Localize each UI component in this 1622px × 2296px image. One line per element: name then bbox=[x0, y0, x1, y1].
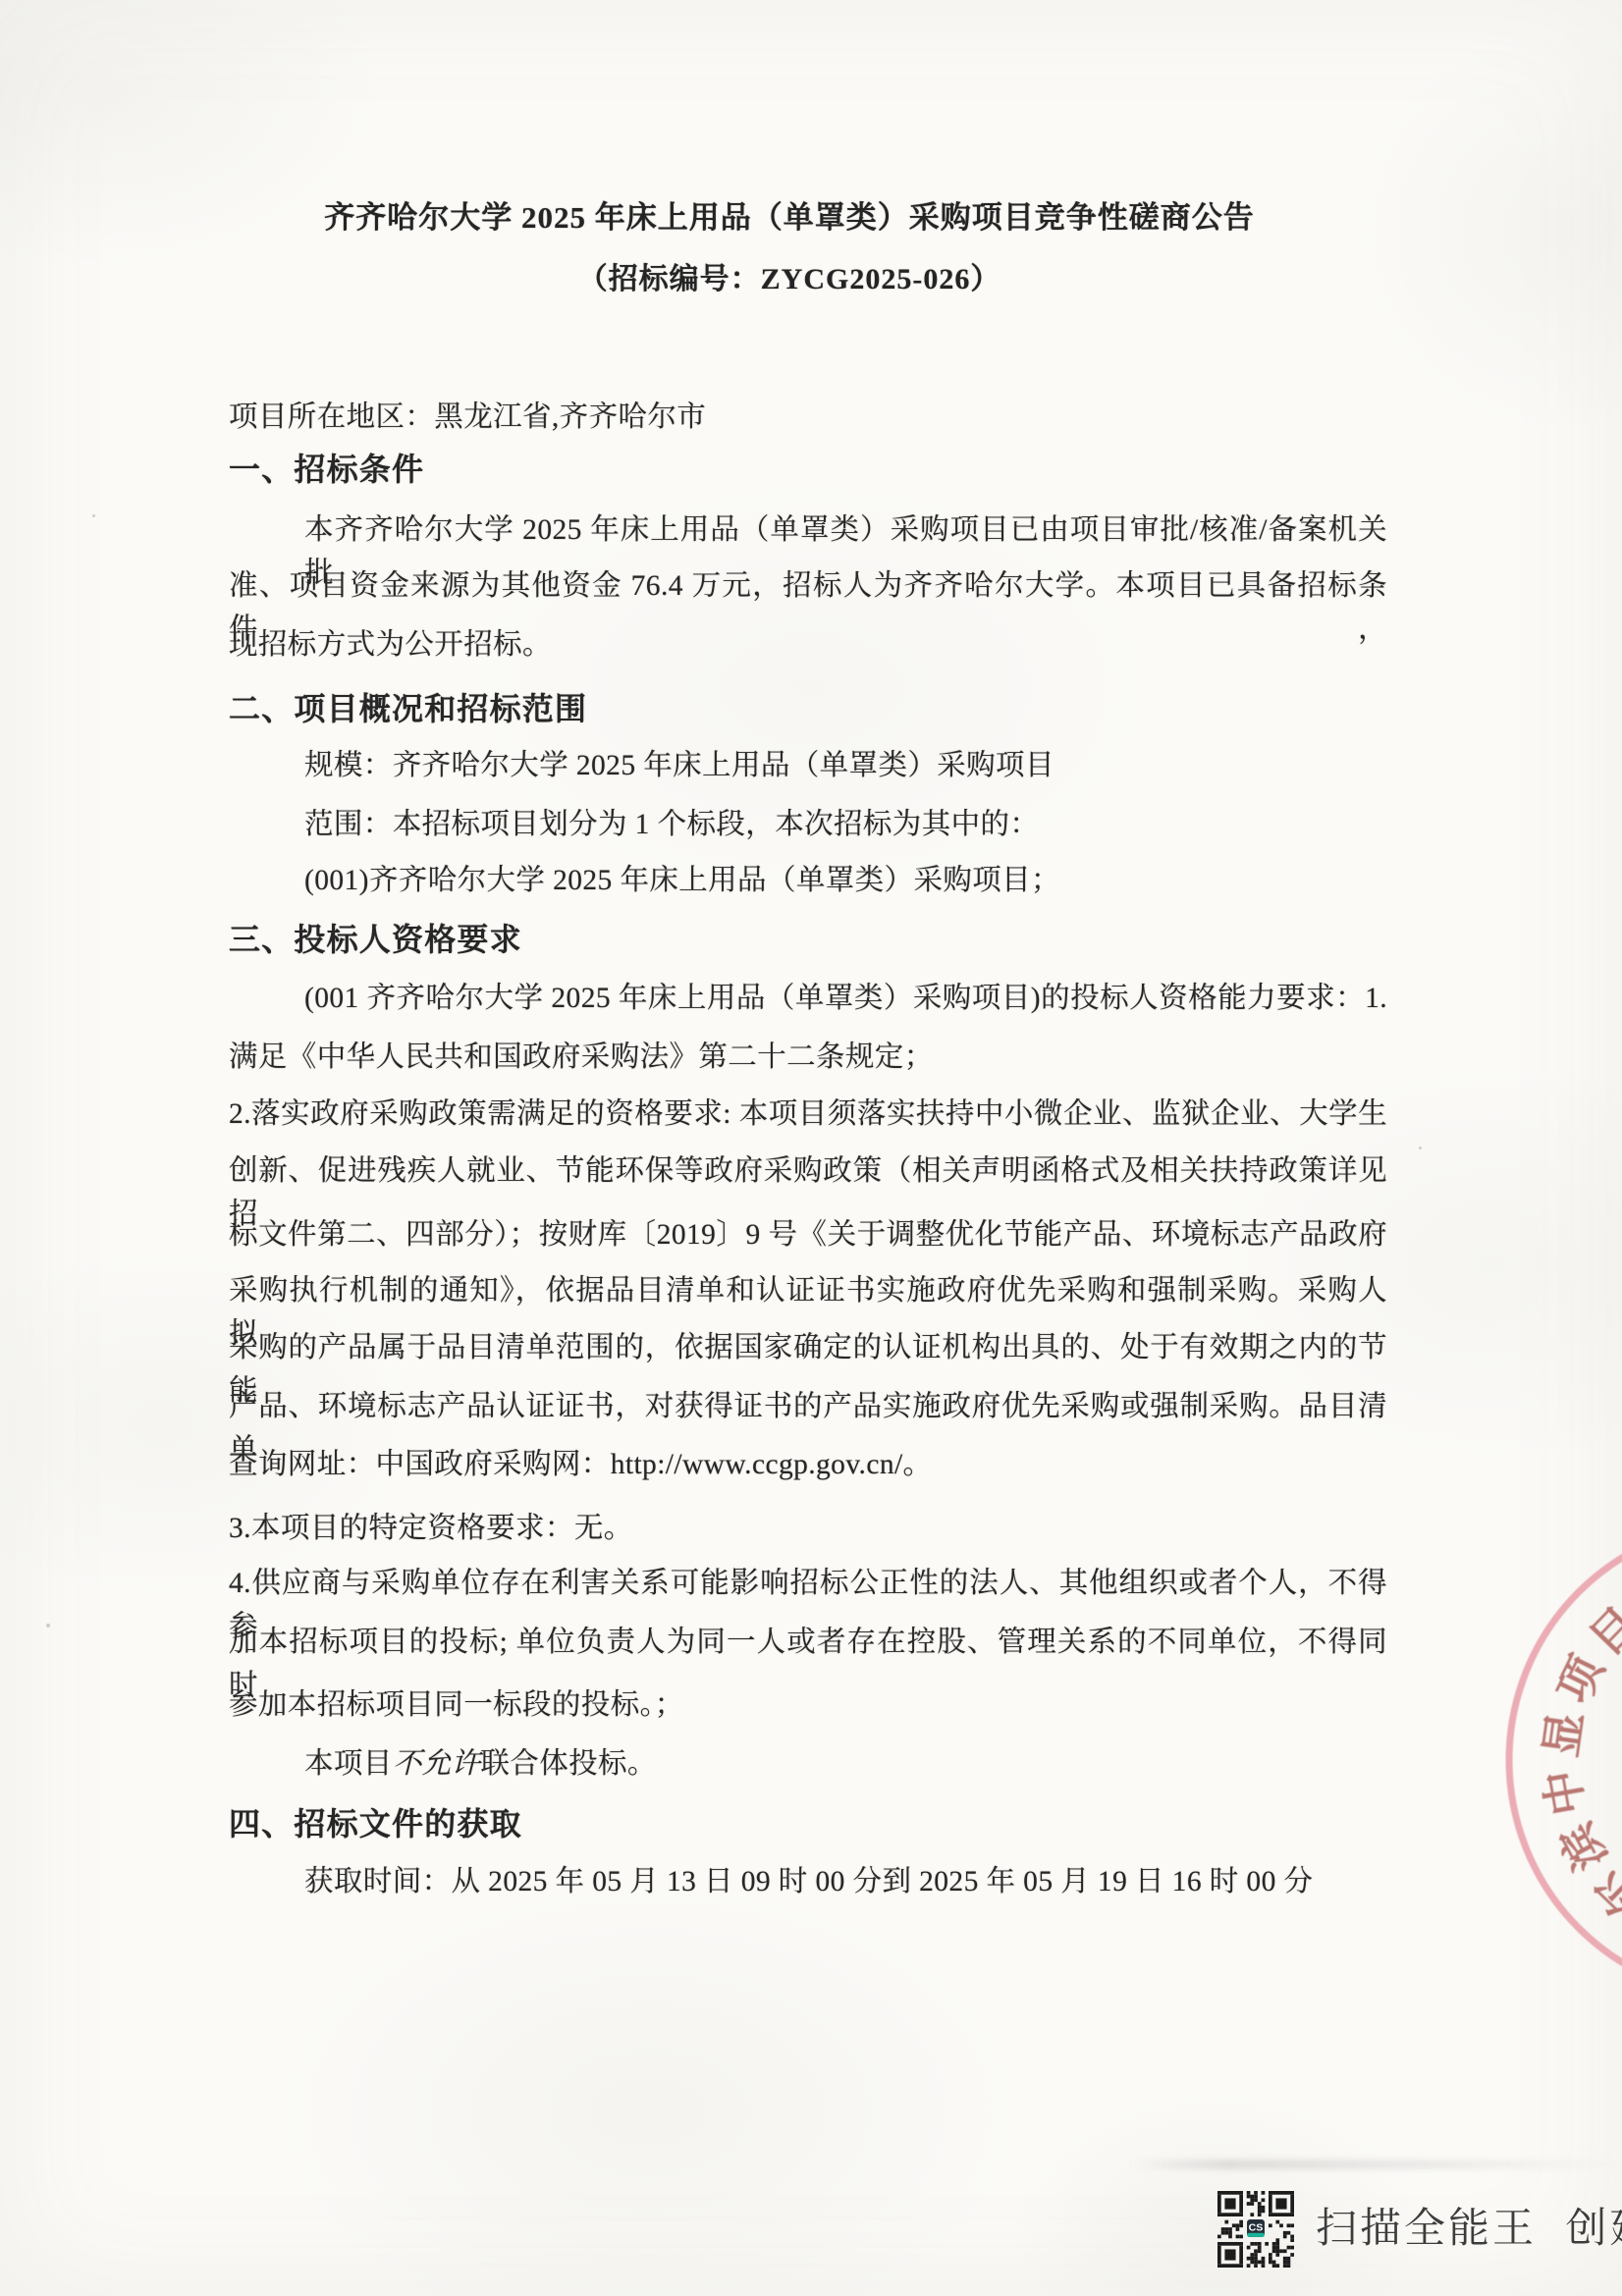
doc-line: 产品、环境标志产品认证证书，对获得证书的产品实施政府优先采购或强制采购。品目清单 bbox=[229, 1385, 1387, 1428]
doc-line-no-consortium: 本项目不允许联合体投标。 bbox=[304, 1742, 657, 1786]
qr-badge-label: CS bbox=[1249, 2222, 1264, 2234]
qr-code: CS bbox=[1217, 2191, 1294, 2268]
seal-ring bbox=[1509, 1522, 1622, 1998]
doc-line: 参加本招标项目同一标段的投标。； bbox=[229, 1683, 684, 1727]
seal-char: 项 bbox=[1548, 1647, 1613, 1711]
doc-line: 采购的产品属于品目清单范围的，依据国家确定的认证机构出具的、处于有效期之内的节能 bbox=[229, 1326, 1387, 1369]
scan-noise-overlay bbox=[0, 0, 1622, 2296]
doc-line: 现招标方式为公开招标。 bbox=[229, 623, 552, 667]
section-heading-1: 一、招标条件 bbox=[229, 448, 424, 491]
doc-line: 范围：本招标项目划分为 1 个标段，本次招标为其中的： bbox=[304, 803, 1039, 846]
section-heading-4: 四、招标文件的获取 bbox=[229, 1802, 522, 1845]
section-heading-2: 二、项目概况和招标范围 bbox=[229, 687, 587, 730]
official-seal-stamp: 哈 尔 滨 中 显 项 目 管 理 bbox=[1501, 1515, 1622, 2005]
doc-line: 4.供应商与采购单位存在利害关系可能影响招标公正性的法人、其他组织或者个人，不得… bbox=[229, 1562, 1387, 1605]
doc-line-segment-italic: 不允许 bbox=[393, 1748, 481, 1780]
document-title-line1: 齐齐哈尔大学 2025 年床上用品（单罩类）采购项目竞争性磋商公告 bbox=[0, 192, 1579, 243]
doc-line: (001 齐齐哈尔大学 2025 年床上用品（单罩类）采购项目)的投标人资格能力… bbox=[304, 977, 1387, 1020]
doc-line-time: 获取时间：从 2025 年 05 月 13 日 09 时 00 分到 2025 … bbox=[304, 1860, 1313, 1903]
camscanner-caption: 扫描全能王 创建 bbox=[1316, 2202, 1622, 2257]
seal-char: 中 bbox=[1537, 1766, 1594, 1819]
doc-line: 标文件第二、四部分）；按财库〔2019〕9 号《关于调整优化节能产品、环境标志产… bbox=[229, 1213, 1387, 1256]
doc-line-segment: 本项目 bbox=[304, 1748, 393, 1780]
doc-line: 加本招标项目的投标; 单位负责人为同一人或者存在控股、管理关系的不同单位，不得同… bbox=[229, 1621, 1387, 1664]
scan-smudge bbox=[1129, 2160, 1620, 2169]
doc-line: 2.落实政府采购政策需满足的资格要求: 本项目须落实扶持中小微企业、监狱企业、大… bbox=[229, 1093, 1387, 1136]
section-heading-3: 三、投标人资格要求 bbox=[229, 918, 522, 961]
doc-line-segment: 联合体投标。 bbox=[480, 1748, 656, 1780]
scanned-document-page: 齐齐哈尔大学 2025 年床上用品（单罩类）采购项目竞争性磋商公告 （招标编号：… bbox=[0, 0, 1622, 2296]
seal-char: 滨 bbox=[1551, 1815, 1617, 1879]
scan-speck bbox=[92, 514, 95, 517]
doc-line: 满足《中华人民共和国政府采购法》第二十二条规定； bbox=[229, 1036, 934, 1079]
doc-line: (001)齐齐哈尔大学 2025 年床上用品（单罩类）采购项目； bbox=[304, 859, 1060, 902]
seal-char: 显 bbox=[1537, 1709, 1593, 1761]
doc-line: 规模：齐齐哈尔大学 2025 年床上用品（单罩类）采购项目 bbox=[304, 744, 1054, 787]
doc-line: 创新、促进残疾人就业、节能环保等政府采购政策（相关声明函格式及相关扶持政策详见招 bbox=[229, 1149, 1387, 1193]
seal-char: 目 bbox=[1581, 1598, 1622, 1666]
doc-line: 准、项目资金来源为其他资金 76.4 万元，招标人为齐齐哈尔大学。本项目已具备招… bbox=[229, 564, 1387, 608]
doc-line: 采购执行机制的通知》，依据品目清单和认证证书实施政府优先采购和强制采购。采购人拟 bbox=[229, 1269, 1387, 1312]
doc-line: 3.本项目的特定资格要求：无。 bbox=[229, 1507, 633, 1550]
scan-speck bbox=[1419, 1147, 1422, 1149]
doc-line: 本齐齐哈尔大学 2025 年床上用品（单罩类）采购项目已由项目审批/核准/备案机… bbox=[304, 508, 1387, 552]
doc-line-location: 项目所在地区：黑龙江省,齐齐哈尔市 bbox=[229, 396, 706, 439]
document-title-line2: （招标编号：ZYCG2025-026） bbox=[0, 254, 1579, 305]
doc-line-url: 查询网址：中国政府采购网：http://www.ccgp.gov.cn/。 bbox=[229, 1443, 932, 1486]
scan-speck bbox=[46, 1624, 50, 1628]
